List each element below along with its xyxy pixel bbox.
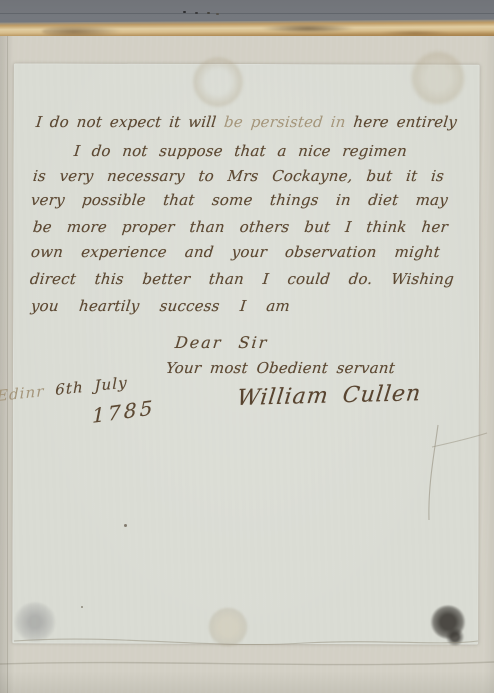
- handwritten-text: I do not expect it will be persisted in …: [0, 0, 494, 693]
- salutation: Dear Sir: [174, 334, 269, 352]
- letter-line-7: direct this better than I could do. Wish…: [29, 270, 455, 288]
- dateline-place-day: Edinr 6th July: [0, 373, 128, 404]
- letter-line-1: I do not expect it will be persisted in …: [35, 113, 458, 131]
- dateline-day: 6th July: [55, 373, 127, 398]
- line1-end: here entirely: [353, 113, 458, 131]
- manuscript-photo: I do not expect it will be persisted in …: [0, 0, 494, 693]
- signature: William Cullen: [236, 385, 422, 408]
- letter-line-5: be more proper than others but I think h…: [32, 218, 449, 236]
- letter-line-4: very possible that some things in diet m…: [30, 191, 449, 209]
- dateline-year: 1785: [92, 398, 156, 425]
- line1-start: I do not expect it will: [35, 113, 217, 131]
- dateline-place: Edinr: [0, 382, 44, 405]
- letter-line-2: I do not suppose that a nice regimen: [73, 142, 408, 160]
- line1-faded: be persisted in: [223, 113, 346, 131]
- valediction: Your most Obedient servant: [165, 359, 396, 377]
- letter-line-8: you heartily success I am: [30, 297, 291, 315]
- letter-line-6: own experience and your observation migh…: [30, 243, 441, 261]
- letter-line-3: is very necessary to Mrs Cockayne, but i…: [32, 167, 445, 185]
